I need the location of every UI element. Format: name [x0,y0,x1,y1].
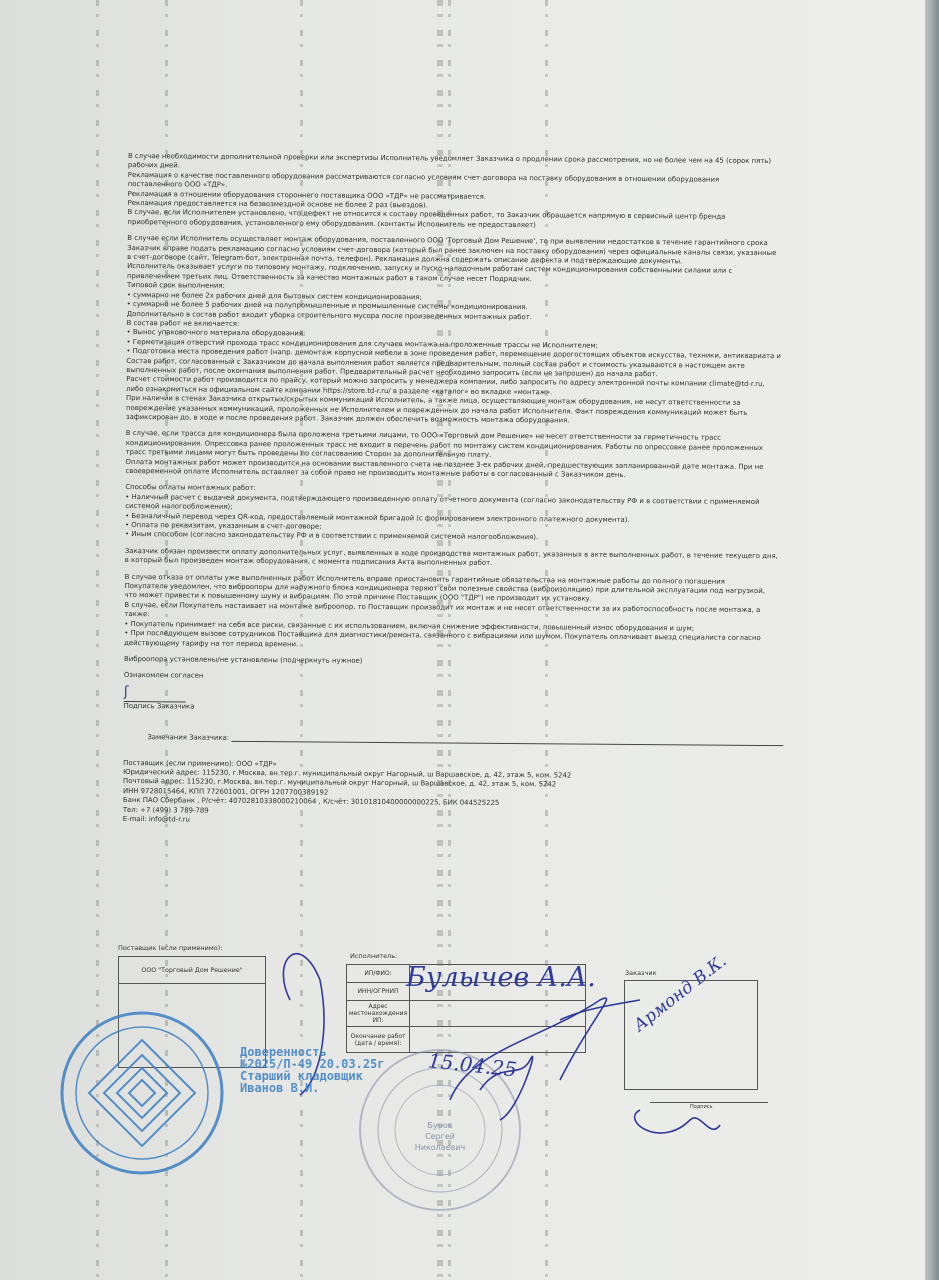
stamps-and-handwriting [0,0,925,1280]
power-of-attorney-stamp: Доверенность№2025/П-49 20.03.25гСтарший … [240,1046,385,1094]
ip-name-line: Сергей [410,1131,470,1142]
poa-line: Иванов В.И. [240,1082,385,1094]
ip-name-line: Буров [410,1120,470,1131]
contractor-name-handwritten: Булычев А.А. [406,962,596,993]
scanned-document-page: В случае необходимости дополнительной пр… [0,0,925,1280]
ip-stamp-name: БуровСергейНиколаевич [410,1120,470,1153]
background-surface [925,0,939,1280]
ip-name-line: Николаевич [410,1142,470,1153]
company-stamp [62,1013,222,1173]
